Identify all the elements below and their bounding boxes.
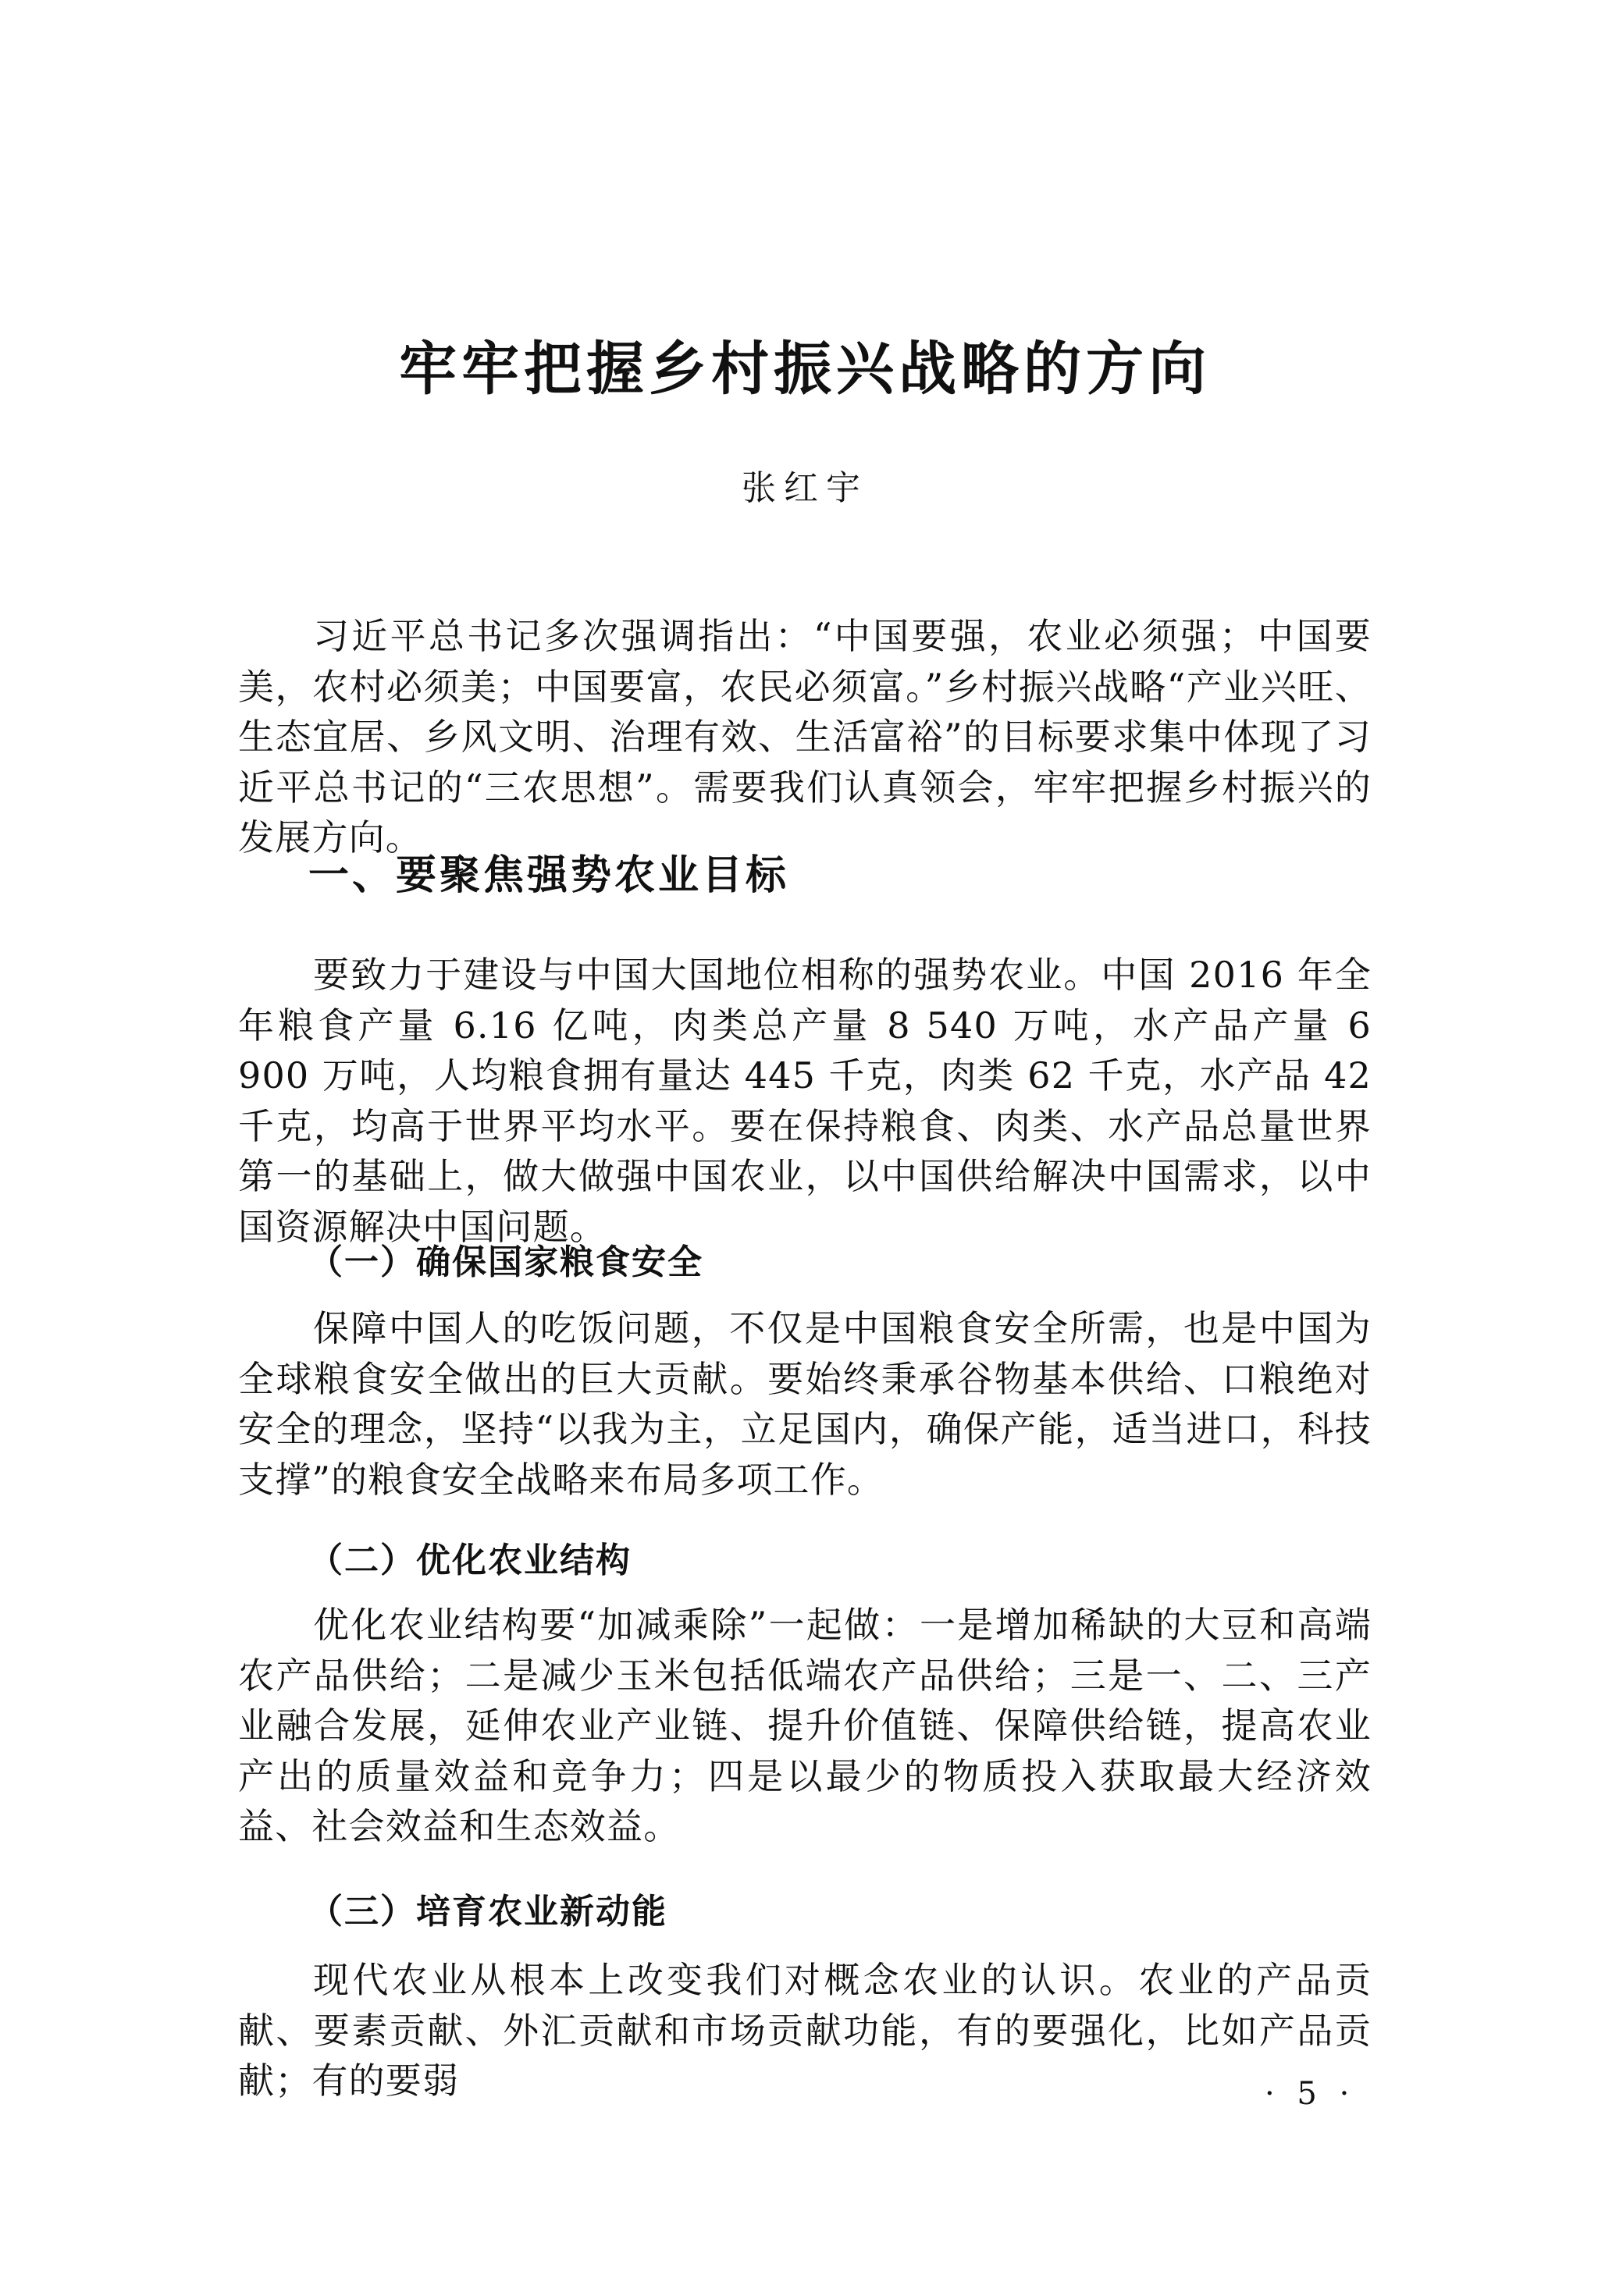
section-heading-1: 一、要聚焦强势农业目标 [308,851,789,901]
subsection-heading-2: （二）优化农业结构 [308,1539,632,1583]
subsection-heading-1: （一）确保国家粮食安全 [308,1241,703,1285]
article-title: 牢牢把握乡村振兴战略的方向 [238,334,1372,404]
subsection-2-paragraph: 优化农业结构要“加减乘除”一起做：一是增加稀缺的大豆和高端农产品供给；二是减少玉… [238,1600,1372,1852]
intro-paragraph: 习近平总书记多次强调指出：“中国要强，农业必须强；中国要美，农村必须美；中国要富… [238,611,1372,863]
page-number: · 5 · [1265,2076,1355,2112]
article-author: 张红宇 [238,467,1372,510]
subsection-3-paragraph: 现代农业从根本上改变我们对概念农业的认识。农业的产品贡献、要素贡献、外汇贡献和市… [238,1955,1372,2106]
subsection-heading-3: （三）培育农业新动能 [308,1890,667,1934]
section-1-paragraph: 要致力于建设与中国大国地位相称的强势农业。中国 2016 年全年粮食产量 6.1… [238,950,1372,1252]
subsection-1-paragraph: 保障中国人的吃饭问题，不仅是中国粮食安全所需，也是中国为全球粮食安全做出的巨大贡… [238,1303,1372,1505]
